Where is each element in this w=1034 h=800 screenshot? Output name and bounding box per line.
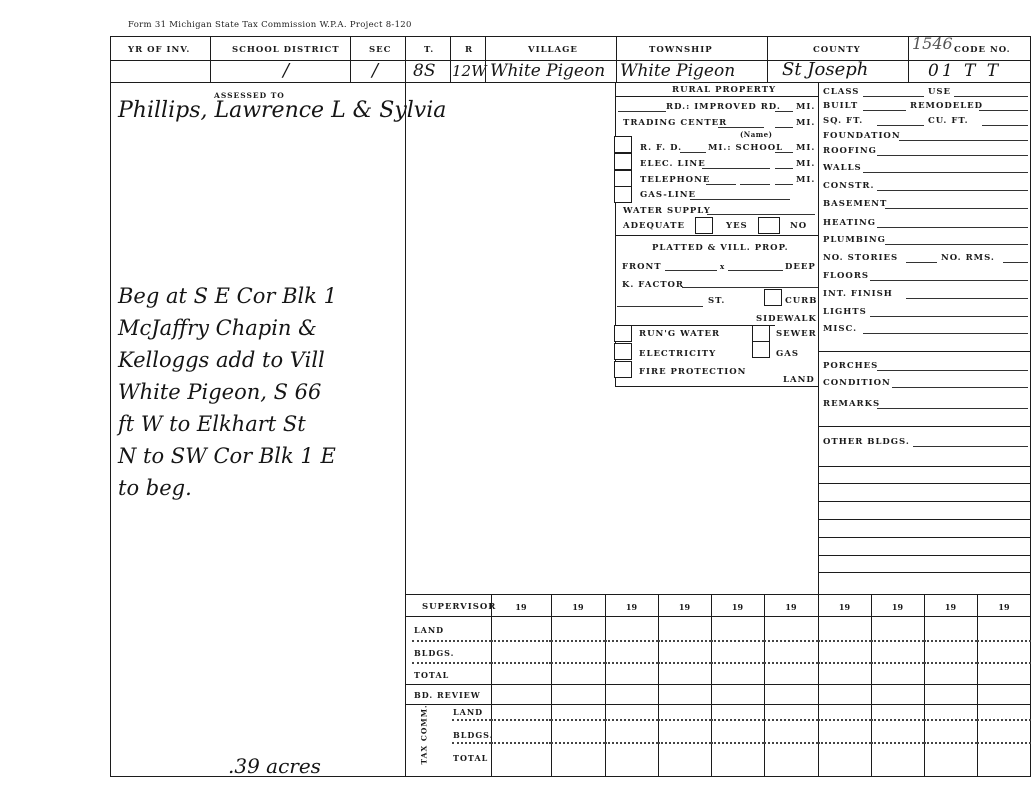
adequate-no-checkbox[interactable] xyxy=(758,217,780,234)
legal-line: McJaffry Chapin & xyxy=(118,312,403,344)
year-header[interactable]: 19 xyxy=(491,602,551,612)
form-title: Form 31 Michigan State Tax Commission W.… xyxy=(128,20,412,30)
fire-protection-label: FIRE PROTECTION xyxy=(639,367,746,377)
class-field[interactable] xyxy=(863,96,924,97)
year-column-divider xyxy=(924,594,925,777)
mi-label: MI. xyxy=(796,118,815,128)
front-label: FRONT xyxy=(622,262,662,272)
mi-label: MI. xyxy=(796,175,815,185)
use-field[interactable] xyxy=(954,96,1028,97)
lights-label: LIGHTS xyxy=(823,307,867,317)
remodeled-field[interactable] xyxy=(979,110,1028,111)
divider xyxy=(615,325,775,326)
acreage[interactable]: .39 acres xyxy=(228,754,321,778)
supervisor-value-line[interactable] xyxy=(711,640,764,642)
tax-comm-value-line[interactable] xyxy=(818,719,871,721)
foundation-label: FOUNDATION xyxy=(823,131,901,141)
adequate-label: ADEQUATE xyxy=(623,221,685,231)
sq-ft-label: SQ. FT. xyxy=(823,116,863,126)
year-column-divider xyxy=(977,594,978,777)
supervisor-value-line[interactable] xyxy=(764,640,818,642)
supervisor-value-line[interactable] xyxy=(551,662,605,664)
tax-comm-value-line[interactable] xyxy=(764,742,818,744)
built-field[interactable] xyxy=(863,110,906,111)
remarks-field[interactable] xyxy=(877,408,1028,409)
no-stories-label: NO. STORIES xyxy=(823,253,898,263)
class-label: CLASS xyxy=(823,87,859,97)
roofing-label: ROOFING xyxy=(823,146,877,156)
tax-comm-value-line[interactable] xyxy=(658,742,711,744)
adequate-yes-checkbox[interactable] xyxy=(695,217,713,234)
header-value-township[interactable]: White Pigeon xyxy=(620,61,735,81)
plumbing-label: PLUMBING xyxy=(823,235,886,245)
tc-land-label: LAND xyxy=(453,707,483,717)
int-finish-field[interactable] xyxy=(906,298,1028,299)
row-dots xyxy=(452,742,491,744)
tc-total-label: TOTAL xyxy=(453,753,488,763)
year-column-divider xyxy=(711,594,712,777)
telephone-checkbox[interactable] xyxy=(614,170,632,187)
year-column-divider xyxy=(551,594,552,777)
row-dots xyxy=(452,719,491,721)
basement-field[interactable] xyxy=(885,208,1028,209)
basement-label: BASEMENT xyxy=(823,199,887,209)
no-label: NO xyxy=(790,221,807,231)
divider xyxy=(405,594,1031,595)
condition-label: CONDITION xyxy=(823,378,891,388)
supervisor-value-line[interactable] xyxy=(605,640,658,642)
col-divider xyxy=(210,36,211,82)
elec-line-checkbox[interactable] xyxy=(614,153,632,170)
walls-field[interactable] xyxy=(863,172,1028,173)
supervisor-value-line[interactable] xyxy=(764,662,818,664)
supervisor-value-line[interactable] xyxy=(711,662,764,664)
tax-comm-value-line[interactable] xyxy=(924,719,977,721)
heating-field[interactable] xyxy=(877,227,1028,228)
year-header[interactable]: 19 xyxy=(924,602,977,612)
foundation-field[interactable] xyxy=(899,140,1028,141)
supervisor-value-line[interactable] xyxy=(871,640,924,642)
tax-comm-value-line[interactable] xyxy=(871,742,924,744)
col-divider xyxy=(405,36,406,82)
tax-comm-value-line[interactable] xyxy=(551,742,605,744)
code-annotation: 1546 xyxy=(912,34,953,53)
header-label-yr-of-inv: YR OF INV. xyxy=(128,45,190,55)
year-column-divider xyxy=(491,594,492,777)
no-rms-field[interactable] xyxy=(1003,262,1028,263)
heating-label: HEATING xyxy=(823,218,876,228)
gas-line-label: GAS-LINE xyxy=(640,190,696,200)
misc--label: MISC. xyxy=(823,324,857,334)
header-label-t: T. xyxy=(424,45,434,55)
header-label-school-district: SCHOOL DISTRICT xyxy=(232,45,340,55)
sewer-label: SEWER xyxy=(776,329,817,339)
lights-field[interactable] xyxy=(870,316,1028,317)
tax-comm-value-line[interactable] xyxy=(711,719,764,721)
tax-comm-value-line[interactable] xyxy=(491,742,551,744)
assessed-to-name[interactable]: Phillips, Lawrence L & Sylvia xyxy=(118,98,446,123)
header-label-village: VILLAGE xyxy=(528,45,578,55)
platted-title: PLATTED & VILL. PROP. xyxy=(652,243,789,253)
curb-label: CURB xyxy=(785,296,817,306)
supervisor-value-line[interactable] xyxy=(924,662,977,664)
year-header[interactable]: 19 xyxy=(658,602,711,612)
deep-label: DEEP xyxy=(785,262,816,272)
tax-comm-value-line[interactable] xyxy=(491,719,551,721)
legal-description[interactable]: Beg at S E Cor Blk 1 McJaffry Chapin & K… xyxy=(118,280,403,504)
front-blank xyxy=(665,270,717,271)
tax-comm-value-line[interactable] xyxy=(818,742,871,744)
mi-label: MI. xyxy=(796,143,815,153)
year-column-divider xyxy=(871,594,872,777)
divider xyxy=(405,704,1031,705)
bd-review-label: BD. REVIEW xyxy=(414,690,481,700)
row-dots xyxy=(412,662,491,664)
other-bldgs-line[interactable] xyxy=(818,555,1031,556)
header-bottom xyxy=(110,82,1031,83)
legal-line: N to SW Cor Blk 1 E xyxy=(118,440,403,472)
telephone-label: TELEPHONE xyxy=(640,175,710,185)
header-label-sec: SEC xyxy=(369,45,391,55)
col-divider xyxy=(450,36,451,82)
header-label-code-no: CODE NO. xyxy=(954,45,1011,55)
rfd-label: R. F. D. xyxy=(640,143,682,153)
name-hint: (Name) xyxy=(740,130,772,139)
yes-label: YES xyxy=(726,221,748,231)
other-bldgs-line[interactable] xyxy=(818,519,1031,520)
supervisor-value-line[interactable] xyxy=(871,662,924,664)
walls-label: WALLS xyxy=(823,163,862,173)
divider xyxy=(405,616,1031,617)
blank-line xyxy=(775,127,793,128)
supervisor-value-line[interactable] xyxy=(977,662,1031,664)
rfd-checkbox[interactable] xyxy=(614,136,632,153)
int-finish-label: INT. FINISH xyxy=(823,289,893,299)
porches-field[interactable] xyxy=(877,370,1028,371)
tc-bldgs-label: BLDGS. xyxy=(453,730,493,740)
tax-comm-value-line[interactable] xyxy=(924,742,977,744)
no-rms-label: NO. RMS. xyxy=(941,253,995,263)
tax-comm-label: TAX COMM. xyxy=(420,705,429,765)
year-header[interactable]: 19 xyxy=(711,602,764,612)
year-header[interactable]: 19 xyxy=(871,602,924,612)
header-label-r: R xyxy=(465,45,473,55)
tax-comm-value-line[interactable] xyxy=(764,719,818,721)
running-water-label: RUN'G WATER xyxy=(639,329,720,339)
year-header[interactable]: 19 xyxy=(551,602,605,612)
supervisor-value-line[interactable] xyxy=(551,640,605,642)
year-header[interactable]: 19 xyxy=(818,602,871,612)
tax-comm-value-line[interactable] xyxy=(871,719,924,721)
col-divider xyxy=(908,36,909,82)
other-bldgs-label: OTHER BLDGS. xyxy=(823,437,910,447)
curb-checkbox[interactable] xyxy=(764,289,782,306)
header-value-code-no[interactable]: 01 T T xyxy=(928,61,1001,81)
sidewalk-label: SIDEWALK xyxy=(756,314,817,324)
left-panel-divider xyxy=(405,82,406,777)
divider xyxy=(615,96,818,97)
year-header[interactable]: 19 xyxy=(605,602,658,612)
header-value-sec[interactable]: / xyxy=(372,60,378,81)
divider xyxy=(405,684,1031,685)
col-divider xyxy=(350,36,351,82)
year-header[interactable]: 19 xyxy=(764,602,818,612)
total-row-label: TOTAL xyxy=(414,670,449,680)
sewer-checkbox[interactable] xyxy=(752,325,770,342)
rural-property-title: RURAL PROPERTY xyxy=(672,85,776,95)
street-blank xyxy=(617,306,703,307)
blank-line xyxy=(680,152,706,153)
constr--label: CONSTR. xyxy=(823,181,874,191)
blank-line xyxy=(718,127,764,128)
year-header[interactable]: 19 xyxy=(977,602,1031,612)
roofing-field[interactable] xyxy=(877,155,1028,156)
blank-line xyxy=(775,152,793,153)
use-label: USE xyxy=(928,87,951,97)
no-stories-field[interactable] xyxy=(906,262,937,263)
legal-line: ft W to Elkhart St xyxy=(118,408,403,440)
k-factor-label: K. FACTOR xyxy=(622,280,684,290)
year-column-divider xyxy=(605,594,606,777)
building-left-border xyxy=(818,82,819,594)
divider xyxy=(818,426,1031,427)
tax-comm-value-line[interactable] xyxy=(551,719,605,721)
tax-comm-value-line[interactable] xyxy=(977,719,1031,721)
remodeled-label: REMODELED xyxy=(910,101,983,111)
cu-ft-label: CU. FT. xyxy=(928,116,969,126)
header-value-t[interactable]: 8S xyxy=(413,61,435,81)
supervisor-value-line[interactable] xyxy=(818,662,871,664)
blank-line xyxy=(618,111,666,112)
other-bldgs-field[interactable] xyxy=(913,446,1028,447)
year-column-divider xyxy=(818,594,819,777)
supervisor-value-line[interactable] xyxy=(605,662,658,664)
fire-protection-checkbox[interactable] xyxy=(614,361,632,378)
row-dots xyxy=(412,640,491,642)
header-value-county[interactable]: St Joseph xyxy=(782,59,868,80)
gas-label: GAS xyxy=(776,349,799,359)
blank-line xyxy=(740,184,770,185)
supervisor-value-line[interactable] xyxy=(818,640,871,642)
other-bldgs-line[interactable] xyxy=(818,537,1031,538)
water-supply-label: WATER SUPPLY xyxy=(623,206,711,216)
sq-ft-field[interactable] xyxy=(877,125,924,126)
mi-school-label: MI.: SCHOOL xyxy=(708,143,783,153)
gas-line-checkbox[interactable] xyxy=(614,186,632,203)
other-bldgs-line[interactable] xyxy=(818,501,1031,502)
supervisor-value-line[interactable] xyxy=(491,662,551,664)
legal-line: Kelloggs add to Vill xyxy=(118,344,403,376)
k-factor-blank xyxy=(682,287,818,288)
electricity-label: ELECTRICITY xyxy=(639,349,716,359)
blank-line xyxy=(707,214,815,215)
tax-comm-value-line[interactable] xyxy=(605,719,658,721)
mi-label: MI. xyxy=(796,159,815,169)
supervisor-value-line[interactable] xyxy=(658,640,711,642)
other-bldgs-line[interactable] xyxy=(818,572,1031,573)
blank-line xyxy=(690,199,790,200)
porches-label: PORCHES xyxy=(823,361,878,371)
other-bldgs-line[interactable] xyxy=(818,466,1031,467)
divider xyxy=(818,351,1031,352)
divider xyxy=(615,386,818,387)
other-bldgs-line[interactable] xyxy=(818,483,1031,484)
land-row-label: LAND xyxy=(414,625,444,635)
supervisor-label: SUPERVISOR xyxy=(422,602,496,612)
tax-comm-value-line[interactable] xyxy=(658,719,711,721)
deep-blank xyxy=(728,270,783,271)
header-label-township: TOWNSHIP xyxy=(649,45,713,55)
land-label: LAND xyxy=(783,375,815,385)
header-value-school-district[interactable]: / xyxy=(283,60,289,81)
header-label-county: COUNTY xyxy=(813,45,861,55)
plumbing-field[interactable] xyxy=(885,244,1028,245)
header-value-r[interactable]: 12W xyxy=(452,62,487,80)
header-value-village[interactable]: White Pigeon xyxy=(490,61,605,81)
tax-comm-value-line[interactable] xyxy=(977,742,1031,744)
st-label: ST. xyxy=(708,296,725,306)
legal-line: to beg. xyxy=(118,472,403,504)
tax-comm-value-line[interactable] xyxy=(605,742,658,744)
built-label: BUILT xyxy=(823,101,858,111)
elec-line-label: ELEC. LINE xyxy=(640,159,706,169)
supervisor-value-line[interactable] xyxy=(924,640,977,642)
year-column-divider xyxy=(658,594,659,777)
col-divider xyxy=(767,36,768,82)
year-column-divider xyxy=(764,594,765,777)
legal-line: Beg at S E Cor Blk 1 xyxy=(118,280,403,312)
blank-line xyxy=(706,184,736,185)
condition-field[interactable] xyxy=(892,387,1028,388)
rd-improved-label: RD.: IMPROVED RD. xyxy=(666,102,781,112)
running-water-checkbox[interactable] xyxy=(614,325,632,342)
blank-line xyxy=(775,184,793,185)
legal-line: White Pigeon, S 66 xyxy=(118,376,403,408)
blank-line xyxy=(775,111,793,112)
supervisor-value-line[interactable] xyxy=(977,640,1031,642)
supervisor-value-line[interactable] xyxy=(491,640,551,642)
misc--field[interactable] xyxy=(863,333,1028,334)
x-label: x xyxy=(720,262,725,271)
electricity-checkbox[interactable] xyxy=(614,343,632,360)
col-divider xyxy=(616,36,617,82)
constr--field[interactable] xyxy=(877,190,1028,191)
blank-line xyxy=(775,168,793,169)
remarks-label: REMARKS xyxy=(823,399,880,409)
floors-field[interactable] xyxy=(870,280,1028,281)
divider xyxy=(615,235,818,236)
gas-checkbox[interactable] xyxy=(752,341,770,358)
mi-label: MI. xyxy=(796,102,815,112)
supervisor-value-line[interactable] xyxy=(658,662,711,664)
tax-comm-value-line[interactable] xyxy=(711,742,764,744)
blank-line xyxy=(702,168,770,169)
floors-label: FLOORS xyxy=(823,271,869,281)
cu-ft-field[interactable] xyxy=(982,125,1028,126)
trading-center-label: TRADING CENTER xyxy=(623,118,727,128)
bldgs-row-label: BLDGS. xyxy=(414,648,454,658)
